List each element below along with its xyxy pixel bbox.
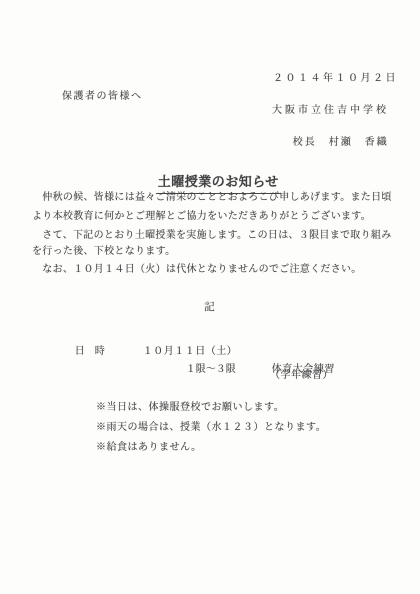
school-name: 大阪市立住吉中学校: [272, 105, 389, 117]
periods-label: １限～３限: [186, 364, 236, 375]
body-announcement-line-2: を行った後、下校となります。: [32, 246, 175, 258]
recipient-line: 保護者の皆様へ: [62, 91, 143, 103]
datetime-label: 日 時: [75, 346, 105, 357]
principal-title-label: 校長: [293, 137, 317, 148]
body-announcement-line-1: さて、下記のとおり土曜授業を実施します。この日は、３限目まで取り組み: [32, 230, 392, 242]
remark-rainy-day: ※雨天の場合は、授業（水１２３）となります。: [96, 422, 326, 434]
activity-note: （学年練習）: [270, 370, 333, 382]
body-caution-line: なお、１０月１４日（火）は代休となりませんのでご注意ください。: [32, 264, 362, 276]
notice-document: ２０１４年１０月２日 保護者の皆様へ 大阪市立住吉中学校 校長村瀬 香織 土曜授…: [0, 0, 420, 594]
body-greeting-line-2: より本校教育に何かとご理解とご協力をいただきありがとうございます。: [32, 211, 371, 223]
record-marker: 記: [0, 301, 420, 313]
body-greeting-line-1: 仲秋の候、皆様には益々ご清栄のこととおよろこび申しあげます。また日頃: [32, 192, 392, 204]
principal-name: 村瀬 香織: [329, 137, 389, 148]
document-date: ２０１４年１０月２日: [273, 73, 398, 85]
remark-uniform: ※当日は、体操服登校でお願いします。: [96, 402, 284, 414]
remark-no-lunch: ※給食はありません。: [96, 442, 202, 454]
principal-line: 校長村瀬 香織: [272, 125, 389, 161]
